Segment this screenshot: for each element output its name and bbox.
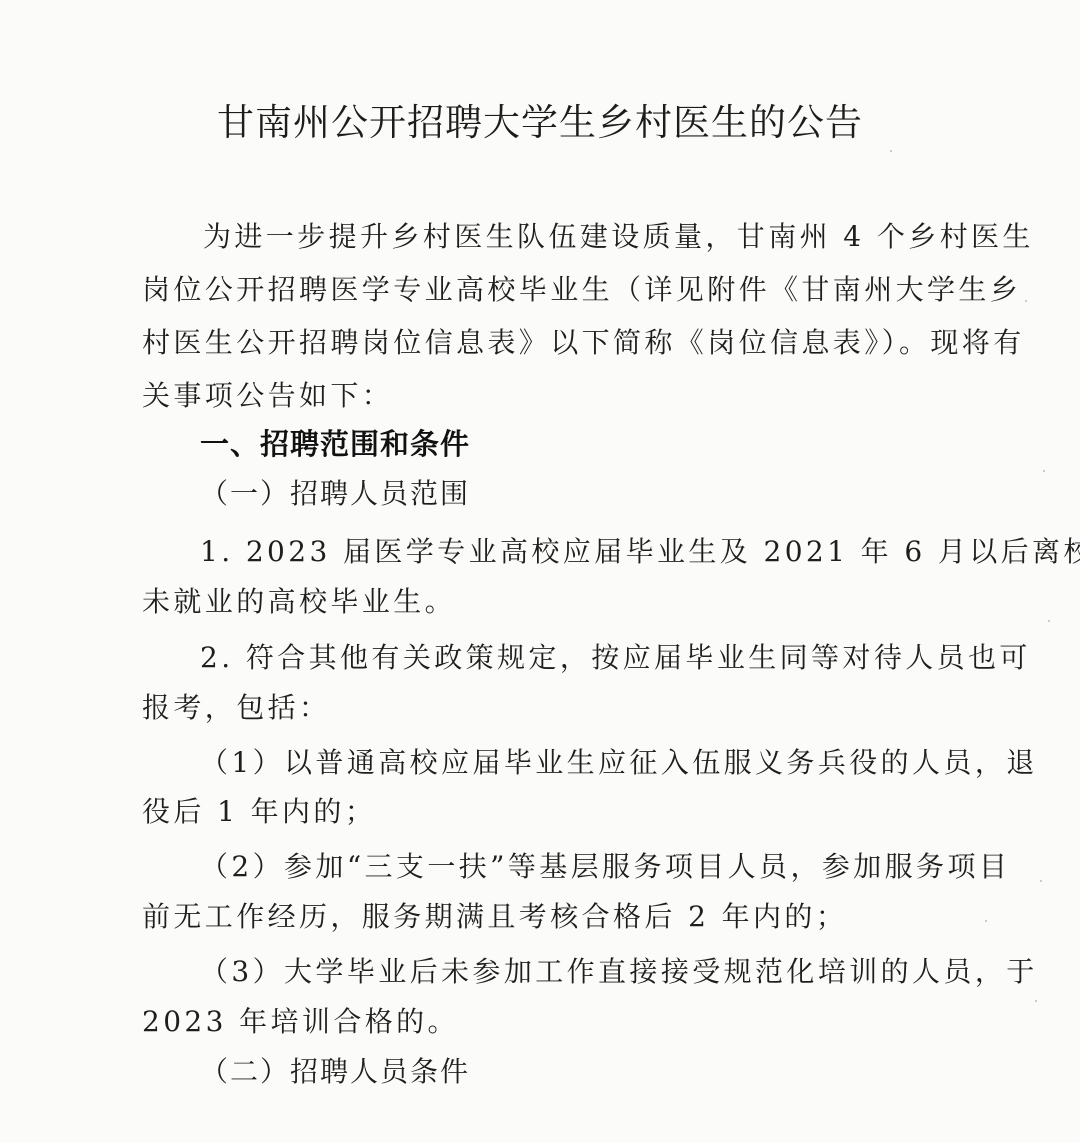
- paragraph-intro-line-4: 关事项公告如下：: [142, 374, 393, 414]
- scan-speck: [1043, 470, 1045, 472]
- scan-speck: [890, 150, 892, 152]
- scan-speck: [1025, 300, 1027, 302]
- document-page: 甘南州公开招聘大学生乡村医生的公告 为进一步提升乡村医生队伍建设质量，甘南州 4…: [0, 0, 1080, 1143]
- scan-speck: [985, 920, 987, 922]
- paragraph-intro-line-3: 村医生公开招聘岗位信息表》以下简称《岗位信息表》）。现将有: [142, 321, 1025, 361]
- item-1-line-2: 未就业的高校毕业生。: [142, 580, 456, 620]
- item-1-line-1: 1. 2023 届医学专业高校应届毕业生及 2021 年 6 月以后离校: [200, 530, 1080, 570]
- subsection-heading-2: （二）招聘人员条件: [200, 1050, 470, 1090]
- subitem-3-line-2: 2023 年培训合格的。: [142, 1000, 459, 1040]
- item-2-line-2: 报考，包括：: [142, 686, 330, 726]
- paragraph-intro-line-1: 为进一步提升乡村医生队伍建设质量，甘南州 4 个乡村医生: [203, 215, 1034, 255]
- paragraph-intro-line-2: 岗位公开招聘医学专业高校毕业生（详见附件《甘南州大学生乡: [142, 268, 1021, 308]
- document-title: 甘南州公开招聘大学生乡村医生的公告: [0, 92, 1080, 146]
- subitem-1-line-2: 役后 1 年内的；: [142, 790, 376, 830]
- item-2-line-1: 2. 符合其他有关政策规定，按应届毕业生同等对待人员也可: [200, 636, 1031, 676]
- section-heading-1: 一、招聘范围和条件: [200, 422, 470, 463]
- scan-speck: [1035, 1000, 1037, 1002]
- subsection-heading-1: （一）招聘人员范围: [200, 472, 470, 512]
- subitem-2-line-2: 前无工作经历，服务期满且考核合格后 2 年内的；: [142, 895, 847, 935]
- scan-speck: [1040, 880, 1042, 882]
- subitem-1-line-1: （1）以普通高校应届毕业生应征入伍服义务兵役的人员，退: [200, 741, 1038, 781]
- subitem-3-line-1: （3）大学毕业后未参加工作直接接受规范化培训的人员，于: [200, 950, 1038, 990]
- subitem-2-line-1: （2）参加“三支一扶”等基层服务项目人员，参加服务项目: [200, 845, 1010, 885]
- scan-speck: [1048, 620, 1050, 622]
